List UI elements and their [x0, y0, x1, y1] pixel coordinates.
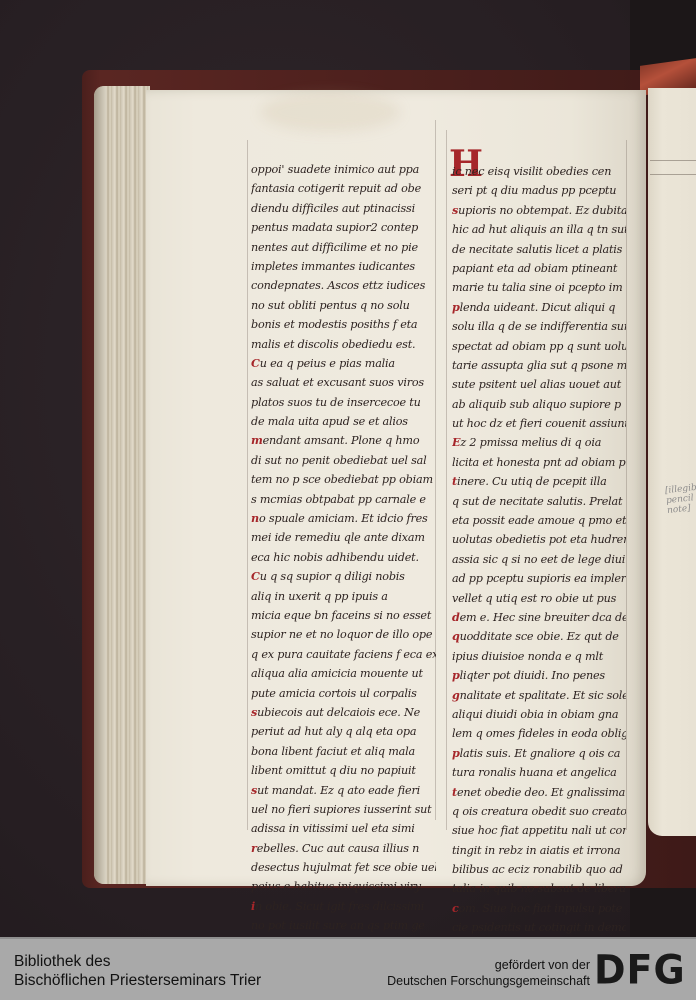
manuscript-line: pentus madata supior2 contep [251, 218, 436, 237]
manuscript-line: aliqua alia amicicia mouente ut [251, 664, 436, 683]
rubricated-letter: p [452, 746, 460, 760]
manuscript-line: sut mandat. Ez q ato eade fieri [251, 781, 436, 800]
manuscript-line: quodditate sce obie. Ez qut de [452, 627, 626, 646]
manuscript-line: Ez 2 pmissa melius di q oia [452, 433, 626, 452]
ruling-line [626, 140, 627, 830]
manuscript-line: no spuale amiciam. Et idcio fres [251, 509, 436, 528]
rubricated-letter: p [452, 300, 460, 314]
manuscript-line: eta possit eade amoue q pmo et [452, 511, 626, 530]
library-name: Bibliothek des Bischöflichen Priestersem… [14, 952, 261, 990]
manuscript-line: tem no p sce obediebat pp obiam [251, 470, 436, 489]
manuscript-line: nentes aut difficilime et no pie [251, 238, 436, 257]
manuscript-line: q ex pura cauitate faciens f eca ex [251, 645, 436, 664]
manuscript-line: licita et honesta pnt ad obiam p [452, 453, 626, 472]
facing-page-ruling [650, 174, 696, 175]
rubricated-letter: s [251, 783, 257, 797]
manuscript-line: s mcmias obtpabat pp carnale e [251, 490, 436, 509]
manuscript-line: assia sic q si no eet de lege diuina [452, 550, 626, 569]
manuscript-line: mei ide remediu qle ante dixam [251, 528, 436, 547]
dfg-logo: DFG [594, 952, 686, 988]
manuscript-line: as saluat et excusant suos viros [251, 373, 436, 392]
manuscript-line: supior ne et no loquor de illo ope [251, 625, 436, 644]
rubricated-letter: d [452, 610, 460, 624]
manuscript-line: uel no fieri supiores iusserint sut [251, 800, 436, 819]
manuscript-line: malis et discolis obediedu est. [251, 335, 436, 354]
manuscript-line: tarie assupta glia sut q psone mo [452, 356, 626, 375]
funding-credit: gefördert von der Deutschen Forschungsge… [387, 957, 590, 989]
manuscript-line: platis suis. Et gnaliore q ois ca [452, 744, 626, 763]
manuscript-line: com. Siue hoc fiat inpulsu pote [452, 899, 626, 918]
funding-credit-line2: Deutschen Forschungsgemeinschaft [387, 973, 590, 989]
manuscript-line: subiecois aut delcaiois ece. Ne [251, 703, 436, 722]
manuscript-line: sute psitent uel alias uouet aut [452, 375, 626, 394]
manuscript-line: diendu difficiles aut ptinacissi [251, 199, 436, 218]
manuscript-line: ic nec eisq visilit obedies cen [452, 162, 626, 181]
manuscript-line: rebelles. Cuc aut causa illius n [251, 839, 436, 858]
manuscript-line: no sut obliti pentus q no solu [251, 296, 436, 315]
manuscript-line: gnalitate et spalitate. Et sic solet [452, 686, 626, 705]
manuscript-line: platos suos tu de insercecoe tu [251, 393, 436, 412]
facing-page-ruling [650, 160, 696, 161]
manuscript-line: mendant amsant. Plone q hmo [251, 431, 436, 450]
manuscript-line: bona libent faciut et aliq mala [251, 742, 436, 761]
manuscript-line: plenda uideant. Dicut aliqui q [452, 298, 626, 317]
rubricated-letter: s [251, 705, 257, 719]
text-column-left: oppoi' suadete inimico aut ppafantasia c… [251, 160, 436, 937]
manuscript-line: in obie. Sicut igit fres dilcissimi [251, 897, 436, 916]
footer-bar: Bibliothek des Bischöflichen Priestersem… [0, 937, 696, 1000]
manuscript-line: tenet obedie deo. Et gnalissima [452, 783, 626, 802]
rubricated-letter: r [251, 841, 257, 855]
manuscript-line: uolutas obedietis pot eta hudremoi [452, 530, 626, 549]
rubricated-letter: E [452, 435, 460, 449]
manuscript-line: micia eque bn faceins si no esset [251, 606, 436, 625]
manuscript-line: ipius diuisioe nonda e q mlt [452, 647, 626, 666]
manuscript-line: ad pp pceptu supioris ea implere [452, 569, 626, 588]
manuscript-line: papiant eta ad obiam ptineant [452, 259, 626, 278]
manuscript-line: seri pt q diu madus pp pceptu [452, 181, 626, 200]
rubricated-letter: t [452, 785, 457, 799]
page-stain [260, 92, 400, 132]
manuscript-line: impletes immantes iudicantes [251, 257, 436, 276]
facing-page-note: [illegible pencil note] [665, 482, 696, 516]
manuscript-line: dem e. Hec sine breuiter dca de [452, 608, 626, 627]
funding-credit-line1: gefördert von der [387, 957, 590, 973]
ruling-line [446, 130, 447, 830]
manuscript-line: vellet q utiq est ro obie ut pus [452, 589, 626, 608]
manuscript-line: Cu ea q peius e pias malia [251, 354, 436, 373]
manuscript-line: periut ad hut aly q alq eta opa [251, 722, 436, 741]
manuscript-line: q ois creatura obedit suo creatori [452, 802, 626, 821]
manuscript-line: solu illa q de se indifferentia sunt [452, 317, 626, 336]
manuscript-line: talia in quib no subsut de libera [452, 879, 626, 898]
manuscript-line: de mala uita apud se et alios [251, 412, 436, 431]
manuscript-line: peius e habitus iniquissimi viry [251, 877, 436, 896]
ruling-line [247, 140, 248, 830]
manuscript-line: libent omittut q diu no papiuit [251, 761, 436, 780]
rubricated-letter: i [251, 899, 255, 913]
manuscript-line: fantasia cotigerit repuit ad obe [251, 179, 436, 198]
manuscript-line: adissa in vitissimi uel eta simi [251, 819, 436, 838]
text-column-right: ic nec eisq visilit obedies censeri pt q… [452, 162, 626, 937]
manuscript-line: oppoi' suadete inimico aut ppa [251, 160, 436, 179]
page-stack-outer-edge [94, 86, 106, 884]
rubricated-letter: C [251, 569, 260, 583]
facing-page [648, 88, 696, 836]
rubricated-letter: q [452, 629, 460, 643]
manuscript-line: Cu q sq supior q diligi nobis [251, 567, 436, 586]
manuscript-line: ab aliquib sub aliquo supiore p [452, 395, 626, 414]
manuscript-line: de necitate salutis licet a platis no [452, 240, 626, 259]
manuscript-line: aliqui diuidi obia in obiam gna [452, 705, 626, 724]
manuscript-line: siue hoc fiat appetitu nali ut con [452, 821, 626, 840]
manuscript-line: bonis et modestis posiths f eta [251, 315, 436, 334]
rubricated-letter: n [251, 511, 259, 525]
manuscript-line: tingit in rebz in aiatis et irrona [452, 841, 626, 860]
manuscript-line: pliqter pot diuidi. Ino penes [452, 666, 626, 685]
manuscript-line: cie psidentis ut cotingit in demo [452, 918, 626, 937]
library-name-line2: Bischöflichen Priesterseminars Trier [14, 971, 261, 990]
rubricated-letter: g [452, 688, 460, 702]
manuscript-line: condepnates. Ascos ettz iudices [251, 276, 436, 295]
manuscript-line: eca hic nobis adhibendu uidet. [251, 548, 436, 567]
manuscript-line: di sut no penit obediebat uel sal [251, 451, 436, 470]
manuscript-line: desectus hujulmat fet sce obie uel q [251, 858, 436, 877]
manuscript-line: lem q omes fideles in eoda oblig [452, 724, 626, 743]
manuscript-line: no pot iusilit sure an qs ptim ge [251, 916, 436, 935]
manuscript-line: hic ad hut aliquis an illa q tn sut [452, 220, 626, 239]
manuscript-line: pute amicia cortois ul corpalis [251, 684, 436, 703]
rubricated-letter: p [452, 668, 460, 682]
rubricated-letter: s [452, 203, 458, 217]
manuscript-line: ut hoc dz et fieri couenit assiunt. [452, 414, 626, 433]
manuscript-line: marie tu talia sine oi pcepto im [452, 278, 626, 297]
rubricated-letter: t [452, 474, 457, 488]
library-name-line1: Bibliothek des [14, 952, 261, 971]
manuscript-line: tinere. Cu utiq de pcepit illa [452, 472, 626, 491]
manuscript-line: q sut de necitate salutis. Prelat [452, 492, 626, 511]
rubricated-letter: c [452, 901, 459, 915]
manuscript-line: tura ronalis huana et angelica [452, 763, 626, 782]
manuscript-line: bilibus ac eciz ronabilib quo ad [452, 860, 626, 879]
manuscript-line: supioris no obtempat. Ez dubitat [452, 201, 626, 220]
manuscript-line: aliq in uxerit q pp ipuis a [251, 587, 436, 606]
rubricated-letter: C [251, 356, 260, 370]
manuscript-line: spectat ad obiam pp q sunt uolun [452, 337, 626, 356]
manuscript-viewer: [illegible pencil note] oppoi' suadete i… [0, 0, 696, 937]
rubricated-letter: m [251, 433, 263, 447]
